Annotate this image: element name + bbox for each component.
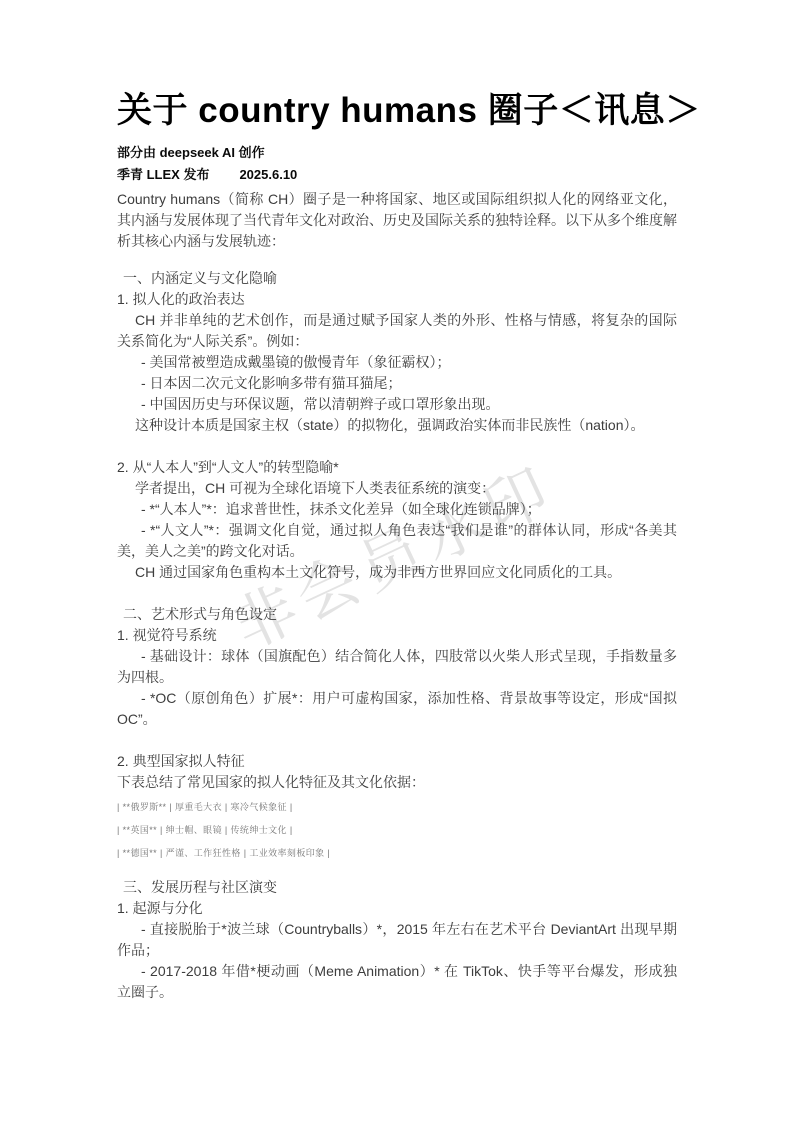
table-text-row: | **俄罗斯** | 厚重毛大衣 | 寒冷气候象征 | (117, 796, 677, 819)
subheading-2-2: 2. 典型国家拟人特征 (117, 751, 677, 772)
bullet-item: - *“人本人”*：追求普世性，抹杀文化差异（如全球化连锁品牌）； (117, 499, 677, 520)
byline: 部分由 deepseek AI 创作 (117, 142, 677, 164)
section-heading-1: 一、内涵定义与文化隐喻 (117, 268, 677, 289)
publisher: 季青 LLEX 发布 (117, 167, 209, 182)
document-page: 非会员水印 关于 country humans 圈子＜讯息＞ 部分由 deeps… (0, 0, 794, 1122)
publish-line: 季青 LLEX 发布2025.6.10 (117, 164, 677, 186)
bullet-item: - 2017-2018 年借*梗动画（Meme Animation）* 在 Ti… (117, 961, 677, 1003)
section-heading-3: 三、发展历程与社区演变 (117, 877, 677, 898)
bullet-item: - 中国因历史与环保议题，常以清朝辫子或口罩形象出现。 (117, 394, 677, 415)
bullet-item: - 美国常被塑造成戴墨镜的傲慢青年（象征霸权）； (117, 352, 677, 373)
page-title: 关于 country humans 圈子＜讯息＞ (117, 88, 677, 134)
table-text-row: | **英国** | 绅士帽、眼镜 | 传统绅士文化 | (117, 819, 677, 842)
subheading-1-2: 2. 从“人本人”到“人文人”的转型隐喻* (117, 457, 677, 478)
paragraph: CH 并非单纯的艺术创作，而是通过赋予国家人类的外形、性格与情感，将复杂的国际关… (117, 310, 677, 352)
paragraph: 这种设计本质是国家主权（state）的拟物化，强调政治实体而非民族性（natio… (117, 415, 677, 436)
subheading-1-1: 1. 拟人化的政治表达 (117, 289, 677, 310)
bullet-item: - 基础设计：球体（国旗配色）结合简化人体，四肢常以火柴人形式呈现，手指数量多为… (117, 646, 677, 688)
table-text-row: | **德国** | 严谨、工作狂性格 | 工业效率刻板印象 | (117, 842, 677, 865)
section-heading-2: 二、艺术形式与角色设定 (117, 604, 677, 625)
bullet-item: - 直接脱胎于*波兰球（Countryballs）*，2015 年左右在艺术平台… (117, 919, 677, 961)
bullet-item: - 日本因二次元文化影响多带有猫耳猫尾； (117, 373, 677, 394)
document-content: 关于 country humans 圈子＜讯息＞ 部分由 deepseek AI… (117, 88, 677, 1003)
subheading-2-1: 1. 视觉符号系统 (117, 625, 677, 646)
paragraph: 学者提出，CH 可视为全球化语境下人类表征系统的演变： (117, 478, 677, 499)
paragraph: 下表总结了常见国家的拟人化特征及其文化依据： (117, 772, 677, 793)
paragraph: CH 通过国家角色重构本土文化符号，成为非西方世界回应文化同质化的工具。 (117, 562, 677, 583)
bullet-item: - *OC（原创角色）扩展*：用户可虚构国家，添加性格、背景故事等设定，形成“国… (117, 688, 677, 730)
intro-paragraph: Country humans（简称 CH）圈子是一种将国家、地区或国际组织拟人化… (117, 189, 677, 252)
bullet-item: - *“人文人”*：强调文化自觉，通过拟人角色表达“我们是谁”的群体认同，形成“… (117, 520, 677, 562)
publish-date: 2025.6.10 (239, 167, 297, 182)
subheading-3-1: 1. 起源与分化 (117, 898, 677, 919)
